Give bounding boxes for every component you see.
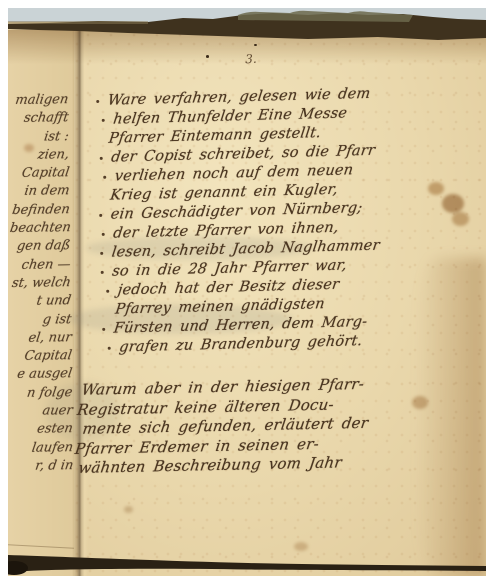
bullet-dot xyxy=(96,100,99,103)
margin-fragment: zien, xyxy=(8,146,72,165)
bullet-dot xyxy=(100,157,103,160)
margin-fragment: in dem xyxy=(8,183,73,202)
gutter-shadow xyxy=(72,22,88,576)
margin-fragment: Capital xyxy=(10,347,75,366)
foxing-stain xyxy=(428,182,444,195)
margin-fragment: esten xyxy=(11,420,76,439)
facing-page-text: maligen schafft ist : zien, Capital in d… xyxy=(8,91,75,476)
book-bottom-edge xyxy=(8,548,486,576)
foxing-stain xyxy=(124,506,133,513)
margin-fragment: st, welch xyxy=(9,274,74,293)
foxing-stain xyxy=(24,144,34,152)
margin-fragment: chen — xyxy=(9,256,74,275)
foxing-stain xyxy=(452,212,469,226)
bullet-dot xyxy=(108,347,111,350)
scan-frame: 3. Ware verfahren, gelesen wie dem helfe… xyxy=(0,0,497,581)
bullet-dot xyxy=(103,176,106,179)
bullet-dot xyxy=(102,328,105,331)
bullet-dot xyxy=(102,119,105,122)
margin-fragment: Capital xyxy=(8,164,72,183)
book-top-edge xyxy=(8,8,486,56)
foxing-stain xyxy=(412,396,428,409)
margin-fragment: t und xyxy=(10,292,75,311)
margin-fragment: schafft xyxy=(8,109,72,128)
bullet-dot xyxy=(106,290,109,293)
margin-fragment: r, d in xyxy=(12,457,77,476)
margin-fragment: befinden xyxy=(8,201,73,220)
book-photo: 3. Ware verfahren, gelesen wie dem helfe… xyxy=(8,8,486,576)
margin-fragment: maligen xyxy=(8,91,71,110)
margin-fragment: beachten xyxy=(9,219,74,238)
margin-fragment: auer xyxy=(11,402,76,421)
margin-fragment: laufen xyxy=(12,439,77,458)
margin-fragment: e ausgel xyxy=(11,366,76,385)
bullet-dot xyxy=(101,271,104,274)
margin-fragment: gen daß xyxy=(9,237,74,256)
margin-fragment: g ist xyxy=(10,311,75,330)
bullet-dot xyxy=(102,233,105,236)
margin-fragment: ist : xyxy=(8,128,72,147)
margin-fragment: n folge xyxy=(11,384,76,403)
foxing-stain xyxy=(442,194,464,213)
bullet-dot xyxy=(100,252,103,255)
closing-paragraph: Warum aber in der hiesigen Pfarr- Regist… xyxy=(72,372,454,477)
margin-fragment: el, nur xyxy=(10,329,75,348)
right-edge-browning xyxy=(416,258,486,576)
entries-block: Ware verfahren, gelesen wie dem helfen T… xyxy=(96,83,443,358)
bullet-dot xyxy=(99,214,102,217)
